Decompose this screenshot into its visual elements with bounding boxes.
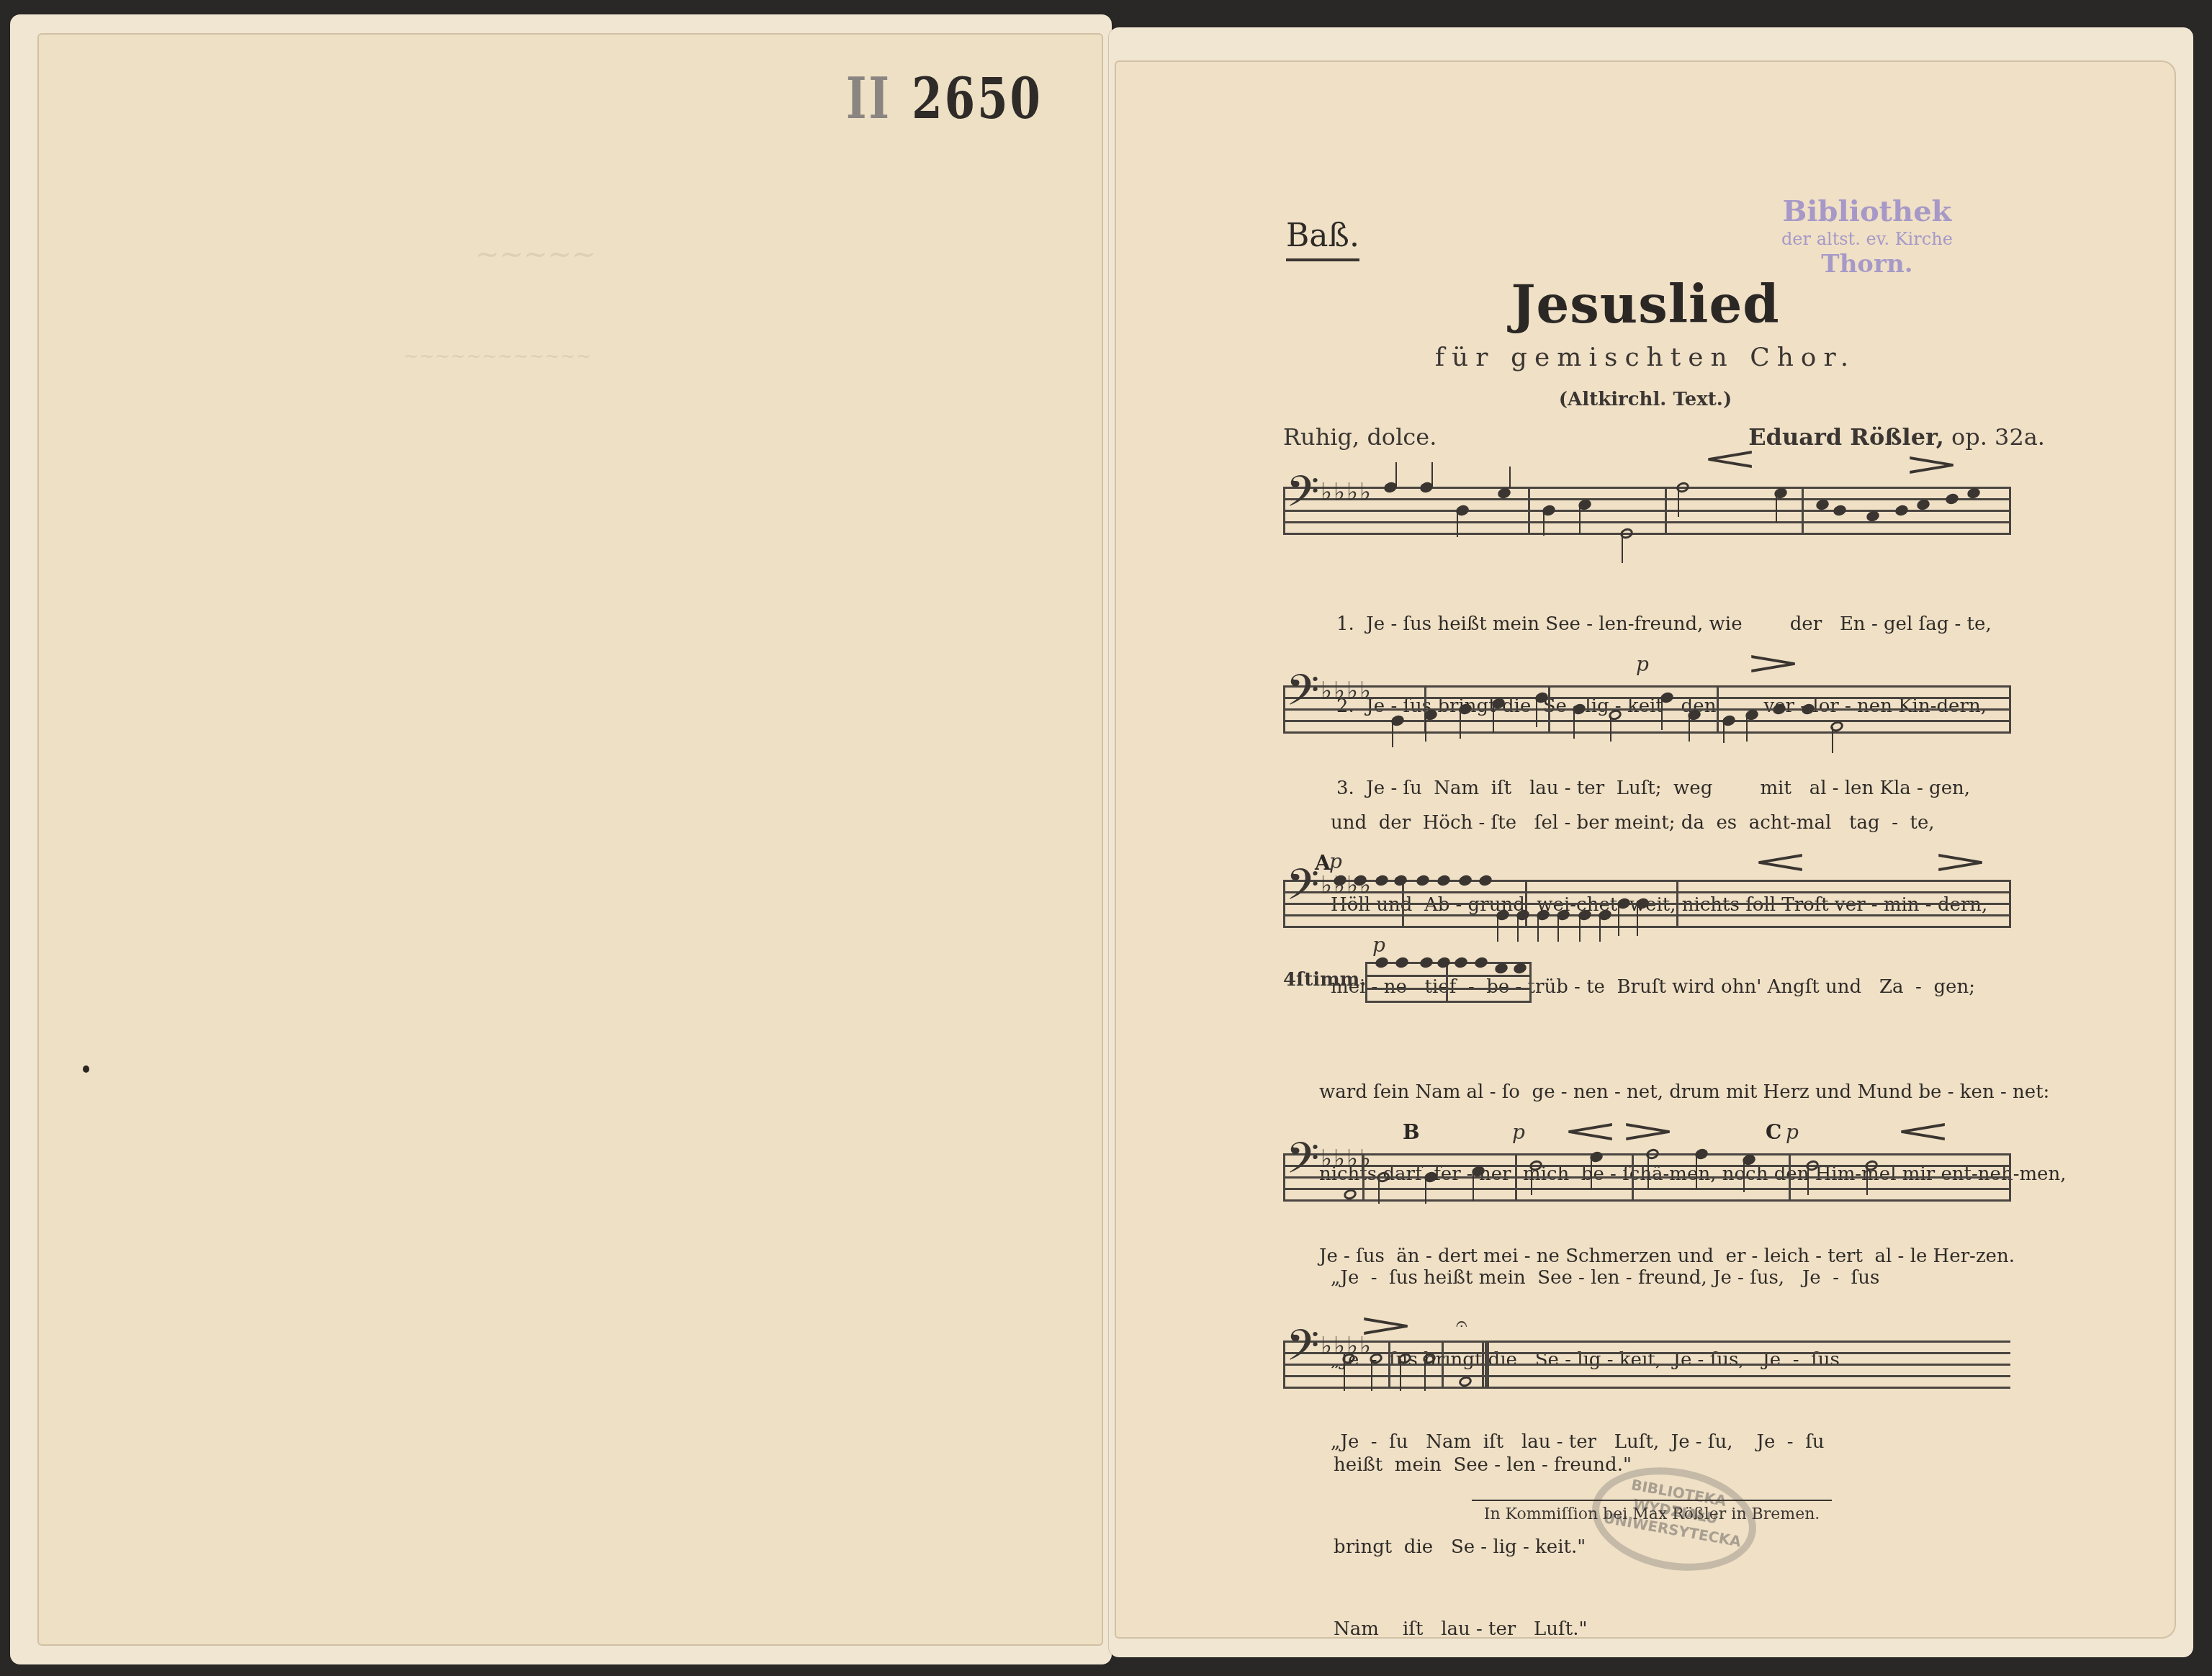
shelfmark: II2650 [846,66,1043,132]
left-page [37,33,1103,1646]
voice-label: Baß. [1286,217,1359,261]
key-signature-flats-icon: ♭♭♭♭ [1321,677,1372,706]
staff: 𝄢 ♭♭♭♭ p > [1283,685,2010,731]
staff: 𝄢 ♭♭♭♭ A p < > [1283,880,2010,926]
bass-clef-icon: 𝄢 [1286,471,1319,523]
dynamic-piano: p [1512,1120,1525,1144]
decrescendo-hairpin: > [1357,1307,1415,1344]
rehearsal-mark-c: C [1766,1120,1781,1144]
lyrics-system-5: heißt mein See - len - freund." bringt d… [1334,1397,1632,1670]
crescendo-hairpin: < [1561,1113,1619,1150]
show-through-title: ~~~~~ [475,238,596,271]
crescendo-hairpin: < [1894,1113,1952,1150]
lyric-line: ward ſein Nam al - ſo ge - nen - net, dr… [1319,1078,2066,1106]
ossia-label: 4ſtimm. [1283,969,1366,991]
staff: 𝄢 ♭♭♭♭ B C p < > p < [1283,1153,2010,1199]
stamp-line-1: Bibliothek [1781,194,1953,229]
music-system-2: 𝄢 ♭♭♭♭ p > [1283,685,2010,731]
staff: p [1365,962,1531,1001]
music-system-5: 𝄢 ♭♭♭♭ > 𝄐 [1283,1341,2010,1387]
title: Jesuslied [1115,274,2176,335]
publisher-line: In Kommiſſion bei Max Rößler in Bremen. [1472,1500,1832,1523]
library-stamp-top: Bibliothek der altst. ev. Kirche Thorn. [1781,194,1953,279]
title-text: Jesuslied [1511,274,1779,335]
crescendo-hairpin: < [1701,441,1759,477]
lyric-line: „Je - ſus heißt mein See - len - freund,… [1331,1264,1879,1292]
lyric-line: Nam iſt lau - ter Luſt." [1334,1616,1632,1643]
show-through-subtitle: ~~~~~~~~~~~~ [403,346,591,367]
decrescendo-hairpin: > [1931,844,1990,880]
fermata-icon: 𝄐 [1456,1312,1467,1336]
bass-clef-icon: 𝄢 [1286,670,1319,721]
dynamic-piano: p [1636,652,1649,676]
shelfmark-number: 2650 [912,66,1043,132]
rehearsal-mark-b: B [1403,1120,1420,1144]
decrescendo-hairpin: > [1744,645,1802,682]
staff: 𝄢 ♭♭♭♭ < > [1283,487,2010,533]
decrescendo-hairpin: > [1619,1113,1677,1150]
crescendo-hairpin: < [1751,844,1809,880]
composer: Eduard Rößler, op. 32a. [1748,423,2045,451]
shelfmark-roman: II [846,66,891,132]
lyric-line: bringt die Se - lig - keit." [1334,1533,1632,1561]
key-signature-flats-icon: ♭♭♭♭ [1321,1145,1372,1173]
lyric-line: und der Höch - ſte ſel - ber meint; da e… [1331,809,1987,837]
lyric-line: heißt mein See - len - freund." [1334,1451,1632,1479]
stamp-line-2: der altst. ev. Kirche [1781,229,1953,250]
music-system-3: 𝄢 ♭♭♭♭ A p < > [1283,880,2010,926]
dynamic-piano: p [1786,1120,1799,1144]
dynamic-piano: p [1372,933,1385,957]
tempo-marking: Ruhig, dolce. [1283,423,1437,451]
staff: 𝄢 ♭♭♭♭ > 𝄐 [1283,1341,2010,1387]
bass-clef-icon: 𝄢 [1286,1137,1319,1189]
opus-number: op. 32a. [1951,423,2045,451]
text-source: (Altkirchl. Text.) [1115,389,2176,410]
bass-clef-icon: 𝄢 [1286,1325,1319,1377]
rehearsal-mark-a: A [1315,851,1331,875]
ossia-staff: p [1365,962,1531,1001]
ink-speck [83,1065,89,1073]
music-system-1: 𝄢 ♭♭♭♭ < > [1283,487,2010,533]
dynamic-piano: p [1329,850,1342,873]
lyric-line: 1. Je - ſus heißt mein See - len-freund,… [1336,611,1992,638]
key-signature-flats-icon: ♭♭♭♭ [1321,478,1372,507]
music-system-4: 𝄢 ♭♭♭♭ B C p < > p < [1283,1153,2010,1199]
decrescendo-hairpin: > [1902,446,1961,483]
subtitle: für gemischten Chor. [1115,343,2176,372]
